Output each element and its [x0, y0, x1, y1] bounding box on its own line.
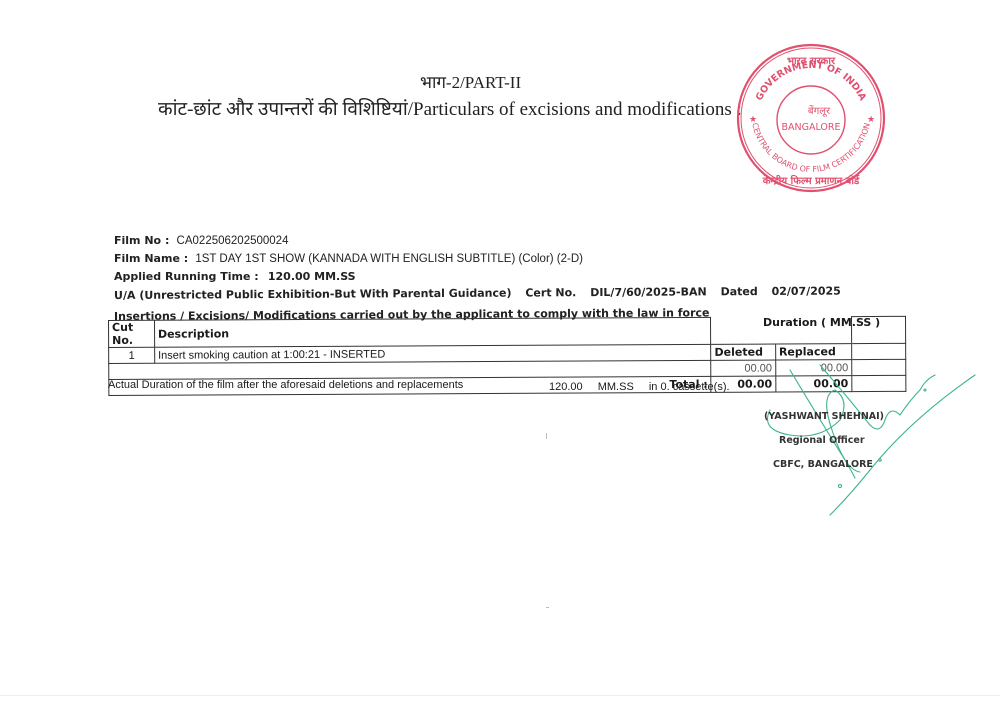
certificate-category: U/A (Unrestricted Public Exhibition-But …	[114, 287, 512, 302]
table-header-row: Cut No. Description	[109, 316, 906, 347]
cut-no-cell: 1	[109, 347, 155, 363]
svg-text:BANGALORE: BANGALORE	[781, 122, 840, 133]
film-number: Film No : CA022506202500024	[114, 234, 288, 247]
col-cut-no: Cut No.	[109, 320, 155, 347]
scan-mark	[546, 433, 547, 439]
actual-duration-number: 120.00	[549, 381, 583, 393]
film-number-value: CA022506202500024	[177, 235, 289, 247]
col-deleted: Deleted	[711, 344, 776, 360]
cbfc-seal-stamp: भारत सरकार GOVERNMENT OF INDIA CENTRAL B…	[735, 42, 887, 194]
running-time-label: Applied Running Time :	[114, 270, 259, 283]
col-description: Description	[154, 317, 711, 347]
running-time-value: 120.00 MM.SS	[268, 270, 356, 283]
extra-cell	[852, 343, 906, 359]
svg-text:केन्द्रीय फिल्म प्रमाणन बोर्ड: केन्द्रीय फिल्म प्रमाणन बोर्ड	[762, 174, 861, 187]
svg-text:★: ★	[749, 115, 757, 125]
col-extra	[851, 316, 905, 343]
dated-label: Dated	[721, 285, 758, 298]
cert-no-label: Cert No.	[525, 286, 576, 299]
film-name-label: Film Name :	[114, 252, 188, 265]
page-subtitle: कांट-छांट और उपान्तरों की विशिष्टियां/Pa…	[158, 95, 742, 121]
signatory-name: (YASHWANT SHEHNAI)	[764, 411, 884, 422]
svg-text:★: ★	[867, 115, 875, 125]
actual-duration-value: 120.00 MM.SS in 0. cassette(s).	[549, 381, 742, 393]
film-number-label: Film No :	[114, 234, 169, 247]
actual-duration-unit: MM.SS	[598, 381, 634, 393]
col-replaced: Replaced	[775, 344, 851, 360]
cert-no-value: DIL/7/60/2025-BAN	[590, 285, 707, 299]
svg-text:बेंगलूर: बेंगलूर	[808, 105, 831, 117]
applied-running-time: Applied Running Time : 120.00 MM.SS	[114, 270, 356, 283]
svg-text:GOVERNMENT OF INDIA: GOVERNMENT OF INDIA	[754, 60, 869, 103]
signatory-designation: Regional Officer	[779, 435, 865, 446]
signatory-office: CBFC, BANGALORE	[773, 459, 873, 470]
col-spacer	[775, 317, 851, 344]
scan-mark	[546, 607, 549, 608]
cassette-count: in 0. cassette(s).	[649, 381, 730, 393]
part-title: भाग-2/PART-II	[420, 70, 521, 93]
dated-value: 02/07/2025	[772, 285, 841, 298]
certificate-line: U/A (Unrestricted Public Exhibition-But …	[114, 284, 851, 302]
col-spacer	[711, 317, 776, 344]
film-name-value: 1ST DAY 1ST SHOW (KANNADA WITH ENGLISH S…	[195, 253, 583, 265]
film-name: Film Name : 1ST DAY 1ST SHOW (KANNADA WI…	[114, 252, 583, 265]
actual-duration-label: Actual Duration of the film after the af…	[108, 379, 463, 391]
page-edge	[0, 695, 1000, 696]
